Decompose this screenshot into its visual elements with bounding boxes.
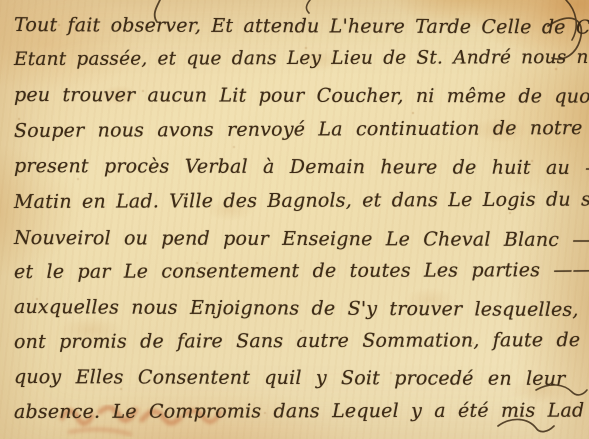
manuscript-line: Etant passée, et que dans Ley Lieu de St… — [14, 47, 589, 70]
manuscript-line: auxquelles nous Enjoignons de S'y trouve… — [14, 296, 579, 321]
manuscript-line: quoy Elles Consentent quil y Soit proced… — [14, 366, 566, 390]
manuscript-line: Souper nous avons renvoyé La continuatio… — [14, 117, 589, 142]
manuscript-line: present procès Verbal à Demain heure de … — [14, 155, 589, 179]
manuscript-line: Tout fait observer, Et attendu L'heure T… — [14, 14, 589, 39]
manuscript-line: et le par Le consentement de toutes Les … — [14, 259, 589, 283]
manuscript-line: peu trouver aucun Lit pour Coucher, ni m… — [14, 84, 589, 108]
manuscript-line: Nouveirol ou pend pour Enseigne Le Cheva… — [14, 227, 589, 251]
manuscript-line: absence. Le Compromis dans Lequel y a ét… — [14, 400, 584, 423]
manuscript-line: Matin en Lad. Ville des Bagnols, et dans… — [14, 188, 589, 213]
manuscript-text: Tout fait observer, Et attendu L'heure T… — [0, 0, 589, 439]
manuscript-line: ont promis de faire Sans autre Sommation… — [14, 329, 580, 353]
manuscript-page: Tout fait observer, Et attendu L'heure T… — [0, 0, 589, 439]
